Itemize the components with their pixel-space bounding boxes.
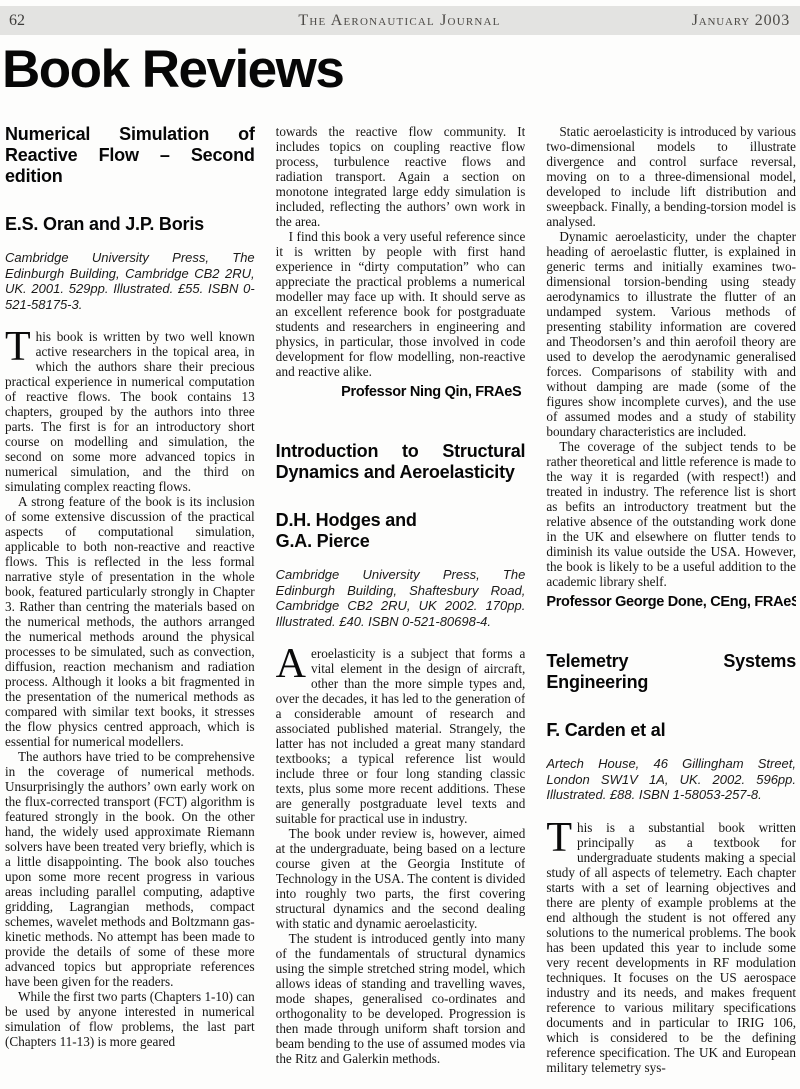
drop-cap-letter: T [5,329,36,364]
publisher-info: Cambridge University Press, The Edinburg… [5,250,255,312]
review-paragraph: I find this book a very useful reference… [276,229,526,379]
review-author: F. Carden et al [546,720,796,741]
reviewer-byline: Professor Ning Qin, FRAeS [276,384,526,401]
journal-title: The Aeronautical Journal [129,12,670,30]
page-number: 62 [9,12,129,30]
publisher-info: Cambridge University Press, The Edinburg… [276,567,526,629]
review-author: D.H. Hodges and G.A. Pierce [276,510,526,552]
columns: Numerical Simulation of Reactive Flow – … [5,124,796,1089]
review-paragraph: This is a substantial book written princ… [546,820,796,1075]
review-paragraph: The authors have tried to be comprehensi… [5,749,255,989]
review-paragraph: A strong feature of the book is its incl… [5,494,255,749]
review-paragraph: towards the reactive flow community. It … [276,124,526,229]
review-paragraph: Dynamic aeroelasticity, under the chapte… [546,229,796,439]
review-title: Numerical Simulation of Reactive Flow – … [5,124,255,187]
review-paragraph: The book under review is, however, aimed… [276,826,526,931]
review-paragraph: The coverage of the subject tends to be … [546,439,796,589]
running-header: 62 The Aeronautical Journal January 2003 [0,6,800,35]
drop-cap-letter: T [546,820,577,855]
text-column-3: Static aeroelasticity is introduced by v… [546,124,796,1089]
review-title: Introduction to Structural Dynamics and … [276,441,526,483]
review-paragraph: While the first two parts (Chapters 1-10… [5,989,255,1049]
review-title: Telemetry Systems Engineering [546,651,796,693]
publisher-info: Artech House, 46 Gillingham Street, Lond… [546,756,796,803]
review-paragraph: Aeroelasticity is a subject that forms a… [276,646,526,826]
drop-cap-letter: A [276,646,311,681]
review-paragraph: Static aeroelasticity is introduced by v… [546,124,796,229]
page-title: Book Reviews [2,42,343,98]
text-column-2: towards the reactive flow community. It … [276,124,526,1089]
reviewer-byline: Professor George Done, CEng, FRAeS [546,594,796,611]
review-paragraph: The student is introduced gently into ma… [276,931,526,1066]
review-author: E.S. Oran and J.P. Boris [5,214,255,235]
issue-date: January 2003 [670,12,790,30]
review-paragraph: This book is written by two well known a… [5,329,255,494]
text-column-1: Numerical Simulation of Reactive Flow – … [5,124,255,1089]
